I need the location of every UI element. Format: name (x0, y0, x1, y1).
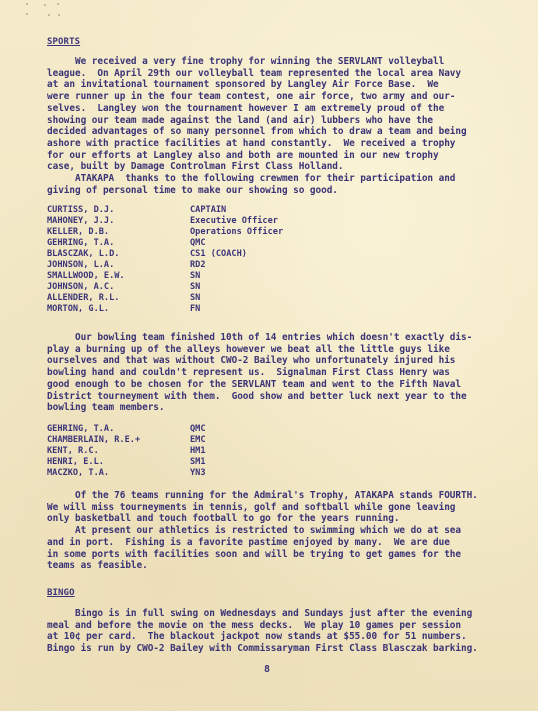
crewman-name: KENT, R.C. (47, 446, 99, 457)
crewman-name: BLASCZAK, L.D. (47, 249, 119, 260)
section-heading-sports: SPORTS (47, 37, 80, 47)
crewman-role: SM1 (190, 457, 206, 468)
crewman-role: YN3 (190, 468, 206, 479)
crewman-role: Executive Officer (190, 216, 278, 227)
crewman-name: MACZKO, T.A. (47, 468, 109, 479)
crewman-name: HENRI, E.L. (47, 457, 104, 468)
sports-volleyball-paragraph: We received a very fine trophy for winni… (47, 56, 487, 196)
ink-speck (44, 4, 46, 6)
ink-speck (58, 14, 60, 16)
crewman-name: KELLER, D.B. (47, 227, 109, 238)
ink-speck (57, 3, 59, 5)
sports-bowling-paragraph: Our bowling team finished 10th of 14 ent… (47, 332, 487, 414)
crewman-name: CURTISS, D.J. (47, 205, 114, 216)
crewman-name: MORTON, G.L. (47, 304, 109, 315)
crewman-name: JOHNSON, A.C. (47, 282, 114, 293)
crewman-role: SN (190, 271, 200, 282)
ink-speck (26, 3, 28, 5)
crewman-name: GEHRING, T.A. (47, 424, 114, 435)
crewman-role: CAPTAIN (190, 205, 226, 216)
ink-speck (48, 14, 50, 16)
crewman-role: EMC (190, 435, 206, 446)
crewman-name: SMALLWOOD, E.W. (47, 271, 125, 282)
crewman-role: QMC (190, 424, 206, 435)
crewman-role: SN (190, 282, 200, 293)
page-number: 8 (264, 664, 270, 675)
crewman-role: RD2 (190, 260, 206, 271)
crewman-name: MAHONEY, J.J. (47, 216, 114, 227)
ink-speck (26, 13, 28, 15)
crewman-name: JOHNSON, L.A. (47, 260, 114, 271)
crewman-role: Operations Officer (190, 227, 283, 238)
crewman-name: ALLENDER, R.L. (47, 293, 119, 304)
sports-standings-paragraph: Of the 76 teams running for the Admiral'… (47, 490, 487, 572)
section-heading-bingo: BINGO (47, 588, 75, 598)
crewman-name: CHAMBERLAIN, R.E.+ (47, 435, 140, 446)
bingo-paragraph: Bingo is in full swing on Wednesdays and… (47, 608, 487, 655)
crewman-role: SN (190, 293, 200, 304)
document-page: SPORTS We received a very fine trophy fo… (0, 0, 538, 711)
crewman-role: FN (190, 304, 200, 315)
crewman-role: CS1 (COACH) (190, 249, 247, 260)
crewman-role: HM1 (190, 446, 206, 457)
crewman-name: GEHRING, T.A. (47, 238, 114, 249)
crewman-role: QMC (190, 238, 206, 249)
